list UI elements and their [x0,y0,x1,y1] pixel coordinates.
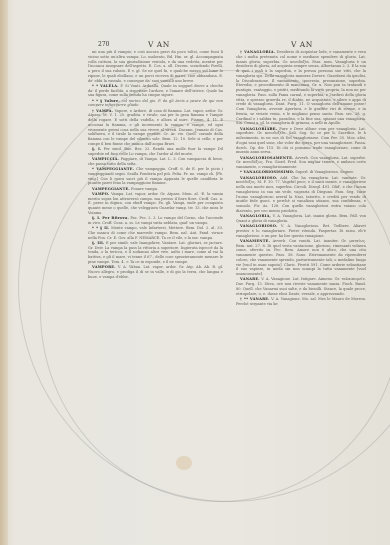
book-spine-shadow [0,0,8,545]
dictionary-entry: VAMPICCIA. Faggiare, di Vampa. Lat. L. 3… [88,157,223,167]
left-column: mi una più il vampio; e così ancora grav… [88,50,223,280]
paper-stain [176,456,192,470]
dictionary-entry: VANARE. V. A. Vanagione. Lat. fatigare. … [236,277,366,296]
dictionary-entry: * * § II. Mente vampo, vale Infarterri, … [88,226,223,240]
dictionary-entry: §. III. E per simili. vale Inangolirer, … [88,241,223,265]
scanned-page: 270 V AN V AN mi una più il vampio; e co… [0,0,390,545]
dictionary-entry: VANAGLORIOSO. V. A. Vanaglorioso. Bet. T… [236,224,366,238]
dictionary-entry: VANAGLORIOSAMENTE. Avverb. Con vanaglori… [236,156,366,170]
dictionary-entry: VANAGLORIA, V. A. Vanagloria. Lat. inani… [236,214,366,224]
dictionary-entry: † ** VANARE. V. A. Vanagione. Mo. sal. M… [236,297,366,307]
dictionary-entry: † VAMPA. Vapore, e Ardore, di cosa di fi… [88,109,223,147]
dictionary-entry: VANAGLORIOSO. Add. Che ha vanagloria. La… [236,176,366,214]
dictionary-entry: * VAMPEGGIANTE. Che vampeggia. Croff. 6.… [88,167,223,186]
dictionary-entry: VAMPORE. V. A. Vàbaa. Lat. vapor, ardor.… [88,265,223,279]
running-head-right: V AN [291,40,313,49]
dictionary-entry: * VANAGLORIOSISSIMO. Superl. di Vanaglor… [236,170,366,175]
running-head-left: V AN [148,40,170,49]
dictionary-entry: † VANAGLORIA. Desiderio di acquistar lod… [236,50,366,126]
dictionary-entry: VAMPO. Vampa. Lat. vapor, ardor. Gr. Αtp… [88,192,223,216]
dictionary-entry: VANAGLORIARE. Pure e Deve alfone vom per… [236,127,366,156]
right-column: † VANAGLORIA. Desiderio di acquistar lod… [236,50,366,307]
dictionary-entry: * * VALÉLA. F. Si Vanti. Ardualla, Quale… [88,84,223,98]
dictionary-entry: §. I. Per Ritrova. Pac. Pec. 2. 3. Lo va… [88,216,223,226]
dictionary-entry: VANAMENTE. Avverb. Con vanità. Lat. inan… [236,239,366,277]
page-number: 270 [98,41,109,48]
dictionary-entry: §. I. Per simil. Bue. Bes. 22. Rendà una… [88,147,223,157]
dictionary-entry: VAMPEGGIANTE. Fonare vampa. [88,187,223,192]
dictionary-entry: mi una più il vampio; e così ancora grav… [88,50,223,83]
dictionary-entry: * * § Valure. col nurino dal gio. F. da … [88,99,223,109]
